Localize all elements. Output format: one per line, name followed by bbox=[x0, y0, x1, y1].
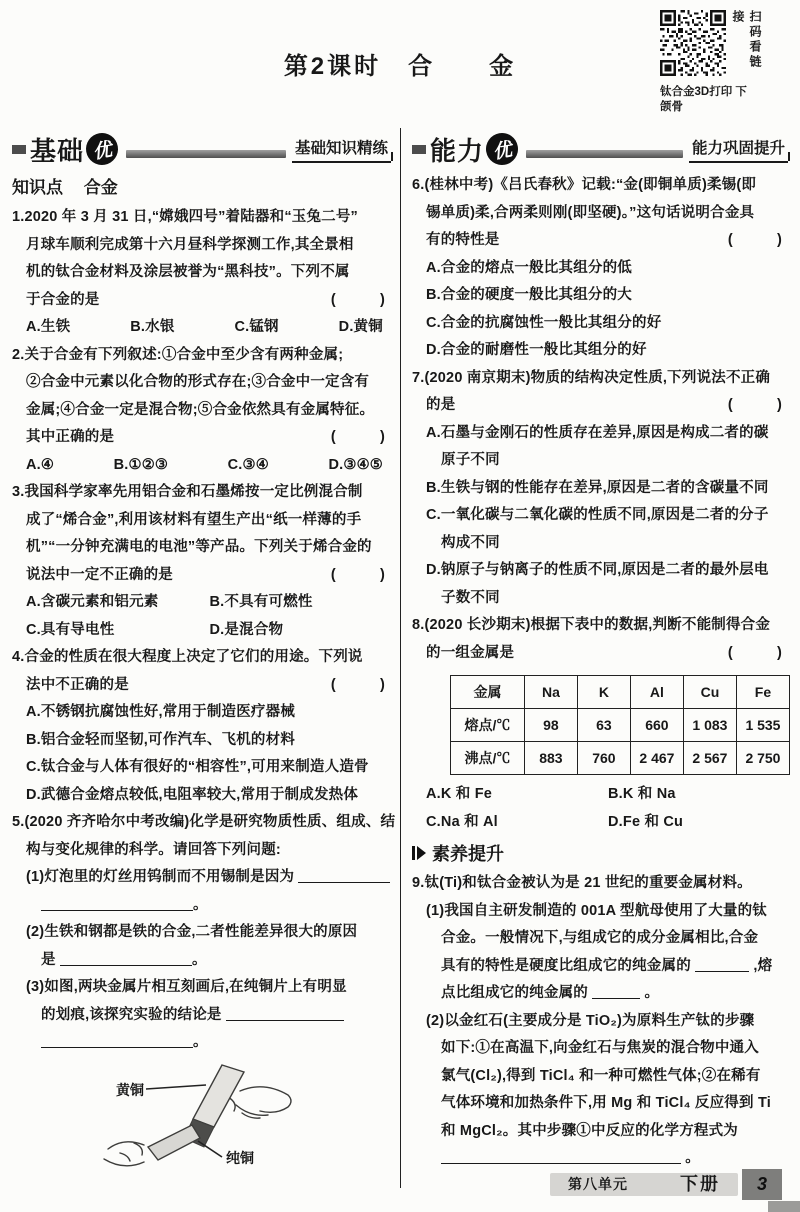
banner-title: 能力 bbox=[430, 131, 484, 168]
option-c[interactable]: C.钛合金与人体有很好的“相容性”,可用来制造人造骨 bbox=[12, 754, 393, 782]
question-stem-end: 说法中一定不正确的是 ( ) bbox=[12, 562, 393, 590]
question-text: 机”“一分钟充满电的电池”等产品。下列关于烯合金的 bbox=[12, 534, 393, 562]
banner-badge-icon: 优 bbox=[483, 130, 520, 167]
answer-brackets[interactable]: ( ) bbox=[728, 392, 782, 420]
option-d[interactable]: D.钠原子与钠离子的性质不同,原因是二者的最外层电 bbox=[412, 557, 790, 585]
option-c[interactable]: C.一氧化碳与二氧化碳的性质不同,原因是二者的分子 bbox=[412, 502, 790, 530]
answer-blank[interactable] bbox=[695, 956, 749, 972]
unit-label: 第八单元 bbox=[568, 1173, 628, 1196]
option-b[interactable]: B.水银 bbox=[130, 314, 174, 342]
question-5: 5.(2020 齐齐哈尔中考改编)化学是研究物质性质、组成、结 构与变化规律的科… bbox=[12, 809, 393, 1057]
question-text: 机的钛合金材料及涂层被誉为“黑科技”。下列不属 bbox=[12, 259, 393, 287]
knowledge-point-value: 合金 bbox=[84, 178, 118, 197]
option-a[interactable]: A.含碳元素和铝元素 bbox=[26, 589, 210, 617]
option-a[interactable]: A.④ bbox=[26, 452, 54, 480]
option-d-cont: 子数不同 bbox=[412, 585, 790, 613]
option-c[interactable]: C.合金的抗腐蚀性一般比其组分的好 bbox=[412, 310, 790, 338]
options-row: C.Na 和 Al D.Fe 和 Cu bbox=[412, 809, 790, 837]
copper-label: 纯铜 bbox=[226, 1150, 254, 1166]
question-text: 6.(桂林中考)《吕氏春秋》记载:“金(即铜单质)柔锡(即 bbox=[412, 172, 790, 200]
page-number: 3 bbox=[742, 1169, 782, 1200]
options-row: A.K 和 Fe B.K 和 Na bbox=[412, 781, 790, 809]
option-a[interactable]: A.生铁 bbox=[26, 314, 70, 342]
banner-tick bbox=[391, 152, 393, 161]
sub-question-2-cont: 和 MgCl₂。其中步骤①中反应的化学方程式为 bbox=[412, 1118, 790, 1146]
sub-question-3-cont: 的划痕,该探究实验的结论是 bbox=[12, 1002, 393, 1030]
table-header-row: 金属 Na K Al Cu Fe bbox=[451, 676, 790, 709]
sub-question-1: (1)我国自主研发制造的 001A 型航母使用了大量的钛 bbox=[412, 898, 790, 926]
question-text: 成了“烯合金”,利用该材料有望生产出“纸一样薄的手 bbox=[12, 507, 393, 535]
banner-square-icon bbox=[12, 145, 26, 154]
banner-badge-icon: 优 bbox=[83, 130, 120, 167]
option-c[interactable]: C.锰钢 bbox=[234, 314, 278, 342]
question-text: 8.(2020 长沙期末)根据下表中的数据,判断不能制得合金 bbox=[412, 612, 790, 640]
qr-side-caption: 扫码看链接 bbox=[730, 10, 764, 82]
page-footer: 第八单元 下册 3 bbox=[550, 1169, 782, 1200]
answer-brackets[interactable]: ( ) bbox=[331, 287, 385, 315]
ability-banner: 能力 优 能力巩固提升 bbox=[412, 128, 790, 170]
ability-column: 能力 优 能力巩固提升 6.(桂林中考)《吕氏春秋》记载:“金(即铜单质)柔锡(… bbox=[400, 128, 790, 1188]
option-a-cont: 原子不同 bbox=[412, 447, 790, 475]
answer-brackets[interactable]: ( ) bbox=[331, 672, 385, 700]
table-row-melting: 熔点/℃ 98 63 660 1 083 1 535 bbox=[451, 709, 790, 742]
metal-properties-table: 金属 Na K Al Cu Fe 熔点/℃ 98 63 660 1 083 1 … bbox=[450, 675, 790, 775]
option-c-cont: 构成不同 bbox=[412, 530, 790, 558]
qr-caption: 钛合金3D打印 下颌骨 bbox=[660, 85, 755, 115]
banner-square-icon bbox=[412, 145, 426, 154]
answer-blank[interactable] bbox=[41, 895, 193, 911]
banner-right-label: 基础知识精练 bbox=[292, 136, 391, 163]
content-columns: 基础 优 基础知识精练 知识点 合金 1.2020 年 3 月 31 日,“嫦娥… bbox=[12, 128, 790, 1188]
options-row: A.④ B.①②③ C.③④ D.③④⑤ bbox=[12, 452, 393, 480]
question-text: 金属;④合金一定是混合物;⑤合金依然具有金属特征。 bbox=[12, 397, 393, 425]
question-2: 2.关于合金有下列叙述:①合金中至少含有两种金属; ②合金中元素以化合物的形式存… bbox=[12, 342, 393, 480]
option-d[interactable]: D.Fe 和 Cu bbox=[608, 809, 790, 837]
sub-question-2: (2)以金红石(主要成分是 TiO₂)为原料生产钛的步骤 bbox=[412, 1008, 790, 1036]
question-text: ②合金中元素以化合物的形式存在;③合金中一定含有 bbox=[12, 369, 393, 397]
option-a[interactable]: A.石墨与金刚石的性质存在差异,原因是构成二者的碳 bbox=[412, 420, 790, 448]
question-9: 9.钛(Ti)和钛合金被认为是 21 世纪的重要金属材料。 (1)我国自主研发制… bbox=[412, 870, 790, 1173]
table-row-boiling: 沸点/℃ 883 760 2 467 2 567 2 750 bbox=[451, 742, 790, 775]
sub-question-1: (1)灯泡里的灯丝用钨制而不用锡制是因为 bbox=[12, 864, 393, 892]
question-stem-end: 有的特性是 ( ) bbox=[412, 227, 790, 255]
answer-blank[interactable] bbox=[41, 1032, 193, 1048]
basics-column: 基础 优 基础知识精练 知识点 合金 1.2020 年 3 月 31 日,“嫦娥… bbox=[12, 128, 400, 1188]
basics-banner: 基础 优 基础知识精练 bbox=[12, 128, 393, 170]
sub-question-1-blank-line2: 点比组成它的纯金属的 。 bbox=[412, 980, 790, 1008]
question-stem-end: 的一组金属是 ( ) bbox=[412, 640, 790, 668]
option-c[interactable]: C.具有导电性 bbox=[26, 617, 210, 645]
option-b[interactable]: B.铝合金轻而坚韧,可作汽车、飞机的材料 bbox=[12, 727, 393, 755]
options-row: A.含碳元素和铝元素 B.不具有可燃性 bbox=[12, 589, 393, 617]
question-text: 1.2020 年 3 月 31 日,“嫦娥四号”着陆器和“玉兔二号” bbox=[12, 204, 393, 232]
heading-bar-icon bbox=[412, 846, 415, 860]
option-c[interactable]: C.Na 和 Al bbox=[426, 809, 608, 837]
question-text: 9.钛(Ti)和钛合金被认为是 21 世纪的重要金属材料。 bbox=[412, 870, 790, 898]
volume-label: 下册 bbox=[680, 1173, 720, 1196]
scratch-experiment-figure: 黄铜 纯铜 bbox=[90, 1061, 310, 1183]
option-a[interactable]: A.不锈钢抗腐蚀性好,常用于制造医疗器械 bbox=[12, 699, 393, 727]
option-b[interactable]: B.生铁与钢的性能存在差异,原因是二者的含碳量不同 bbox=[412, 475, 790, 503]
literacy-heading: 素养提升 bbox=[412, 836, 790, 870]
sub-question-1-cont: 。 bbox=[12, 892, 393, 920]
workbook-page: 第2课时 合 金 bbox=[0, 0, 800, 1212]
qr-block: 扫码看链接 钛合金3D打印 下颌骨 bbox=[660, 10, 792, 115]
question-8: 8.(2020 长沙期末)根据下表中的数据,判断不能制得合金 的一组金属是 ( … bbox=[412, 612, 790, 836]
option-a[interactable]: A.K 和 Fe bbox=[426, 781, 608, 809]
question-text: 构与变化规律的科学。请回答下列问题: bbox=[12, 837, 393, 865]
answer-blank[interactable] bbox=[226, 1005, 344, 1021]
question-1: 1.2020 年 3 月 31 日,“嫦娥四号”着陆器和“玉兔二号” 月球车顺利… bbox=[12, 204, 393, 342]
option-d[interactable]: D.③④⑤ bbox=[328, 452, 383, 480]
answer-blank[interactable] bbox=[298, 867, 390, 883]
option-c[interactable]: C.③④ bbox=[228, 452, 269, 480]
question-7: 7.(2020 南京期末)物质的结构决定性质,下列说法不正确 的是 ( ) A.… bbox=[412, 365, 790, 613]
qr-code-icon bbox=[660, 10, 726, 76]
option-b[interactable]: B.①②③ bbox=[114, 452, 169, 480]
option-b[interactable]: B.K 和 Na bbox=[608, 781, 790, 809]
answer-blank[interactable] bbox=[441, 1148, 681, 1164]
question-stem-end: 的是 ( ) bbox=[412, 392, 790, 420]
question-6: 6.(桂林中考)《吕氏春秋》记载:“金(即铜单质)柔锡(即 锡单质)柔,合两柔则… bbox=[412, 172, 790, 365]
question-text: 7.(2020 南京期末)物质的结构决定性质,下列说法不正确 bbox=[412, 365, 790, 393]
option-d[interactable]: D.合金的耐磨性一般比其组分的好 bbox=[412, 337, 790, 365]
banner-tick bbox=[788, 152, 790, 161]
sub-question-2: (2)生铁和钢都是铁的合金,二者性能差异很大的原因 bbox=[12, 919, 393, 947]
option-b[interactable]: B.不具有可燃性 bbox=[210, 589, 394, 617]
answer-brackets[interactable]: ( ) bbox=[728, 640, 782, 668]
question-stem-end: 法中不正确的是 ( ) bbox=[12, 672, 393, 700]
banner-rule bbox=[526, 150, 683, 158]
answer-brackets[interactable]: ( ) bbox=[331, 562, 385, 590]
sub-question-3-cont2: 。 bbox=[12, 1029, 393, 1057]
sub-question-1-cont: 合金。一般情况下,与组成它的成分金属相比,合金 bbox=[412, 925, 790, 953]
sub-question-2-cont: 气体环境和加热条件下,用 Mg 和 TiCl₄ 反应得到 Ti bbox=[412, 1090, 790, 1118]
knowledge-point: 知识点 合金 bbox=[12, 172, 393, 204]
sub-question-1-blank-line: 具有的特性是硬度比组成它的纯金属的 ,熔 bbox=[412, 953, 790, 981]
sub-question-2-cont: 氯气(Cl₂),得到 TiCl₄ 和一种可燃性气体;②在稀有 bbox=[412, 1063, 790, 1091]
knowledge-point-label: 知识点 bbox=[12, 178, 63, 197]
question-text: 锡单质)柔,合两柔则刚(即坚硬)。”这句话说明合金具 bbox=[412, 200, 790, 228]
option-d[interactable]: D.是混合物 bbox=[210, 617, 394, 645]
option-a[interactable]: A.合金的熔点一般比其组分的低 bbox=[412, 255, 790, 283]
question-4: 4.合金的性质在很大程度上决定了它们的用途。下列说 法中不正确的是 ( ) A.… bbox=[12, 644, 393, 809]
question-text: 4.合金的性质在很大程度上决定了它们的用途。下列说 bbox=[12, 644, 393, 672]
answer-blank[interactable] bbox=[60, 950, 192, 966]
question-text: 月球车顺利完成第十六月昼科学探测工作,其全景相 bbox=[12, 232, 393, 260]
question-3: 3.我国科学家率先用铝合金和石墨烯按一定比例混合制 成了“烯合金”,利用该材料有… bbox=[12, 479, 393, 644]
question-text: 2.关于合金有下列叙述:①合金中至少含有两种金属; bbox=[12, 342, 393, 370]
options-row: C.具有导电性 D.是混合物 bbox=[12, 617, 393, 645]
sub-question-3: (3)如图,两块金属片相互刻画后,在纯铜片上有明显 bbox=[12, 974, 393, 1002]
question-stem-end: 其中正确的是 ( ) bbox=[12, 424, 393, 452]
banner-rule bbox=[126, 150, 286, 158]
options-row: A.生铁 B.水银 C.锰钢 D.黄铜 bbox=[12, 314, 393, 342]
question-text: 3.我国科学家率先用铝合金和石墨烯按一定比例混合制 bbox=[12, 479, 393, 507]
answer-blank[interactable] bbox=[592, 983, 640, 999]
answer-brackets[interactable]: ( ) bbox=[728, 227, 782, 255]
play-arrow-icon bbox=[417, 846, 426, 860]
sub-question-2-cont: 如下:①在高温下,向金红石与焦炭的混合物中通入 bbox=[412, 1035, 790, 1063]
banner-right-label: 能力巩固提升 bbox=[689, 136, 788, 163]
question-text: 5.(2020 齐齐哈尔中考改编)化学是研究物质性质、组成、结 bbox=[12, 809, 393, 837]
question-stem-end: 于合金的是 ( ) bbox=[12, 287, 393, 315]
answer-brackets[interactable]: ( ) bbox=[331, 424, 385, 452]
option-d[interactable]: D.黄铜 bbox=[339, 314, 383, 342]
footer-bar: 第八单元 下册 bbox=[550, 1173, 738, 1196]
option-d[interactable]: D.武德合金熔点较低,电阻率较大,常用于制成发热体 bbox=[12, 782, 393, 810]
sub-question-2-cont: 是 。 bbox=[12, 947, 393, 975]
option-b[interactable]: B.合金的硬度一般比其组分的大 bbox=[412, 282, 790, 310]
corner-tab bbox=[768, 1201, 800, 1212]
banner-title: 基础 bbox=[30, 131, 84, 168]
brass-label: 黄铜 bbox=[116, 1082, 144, 1098]
